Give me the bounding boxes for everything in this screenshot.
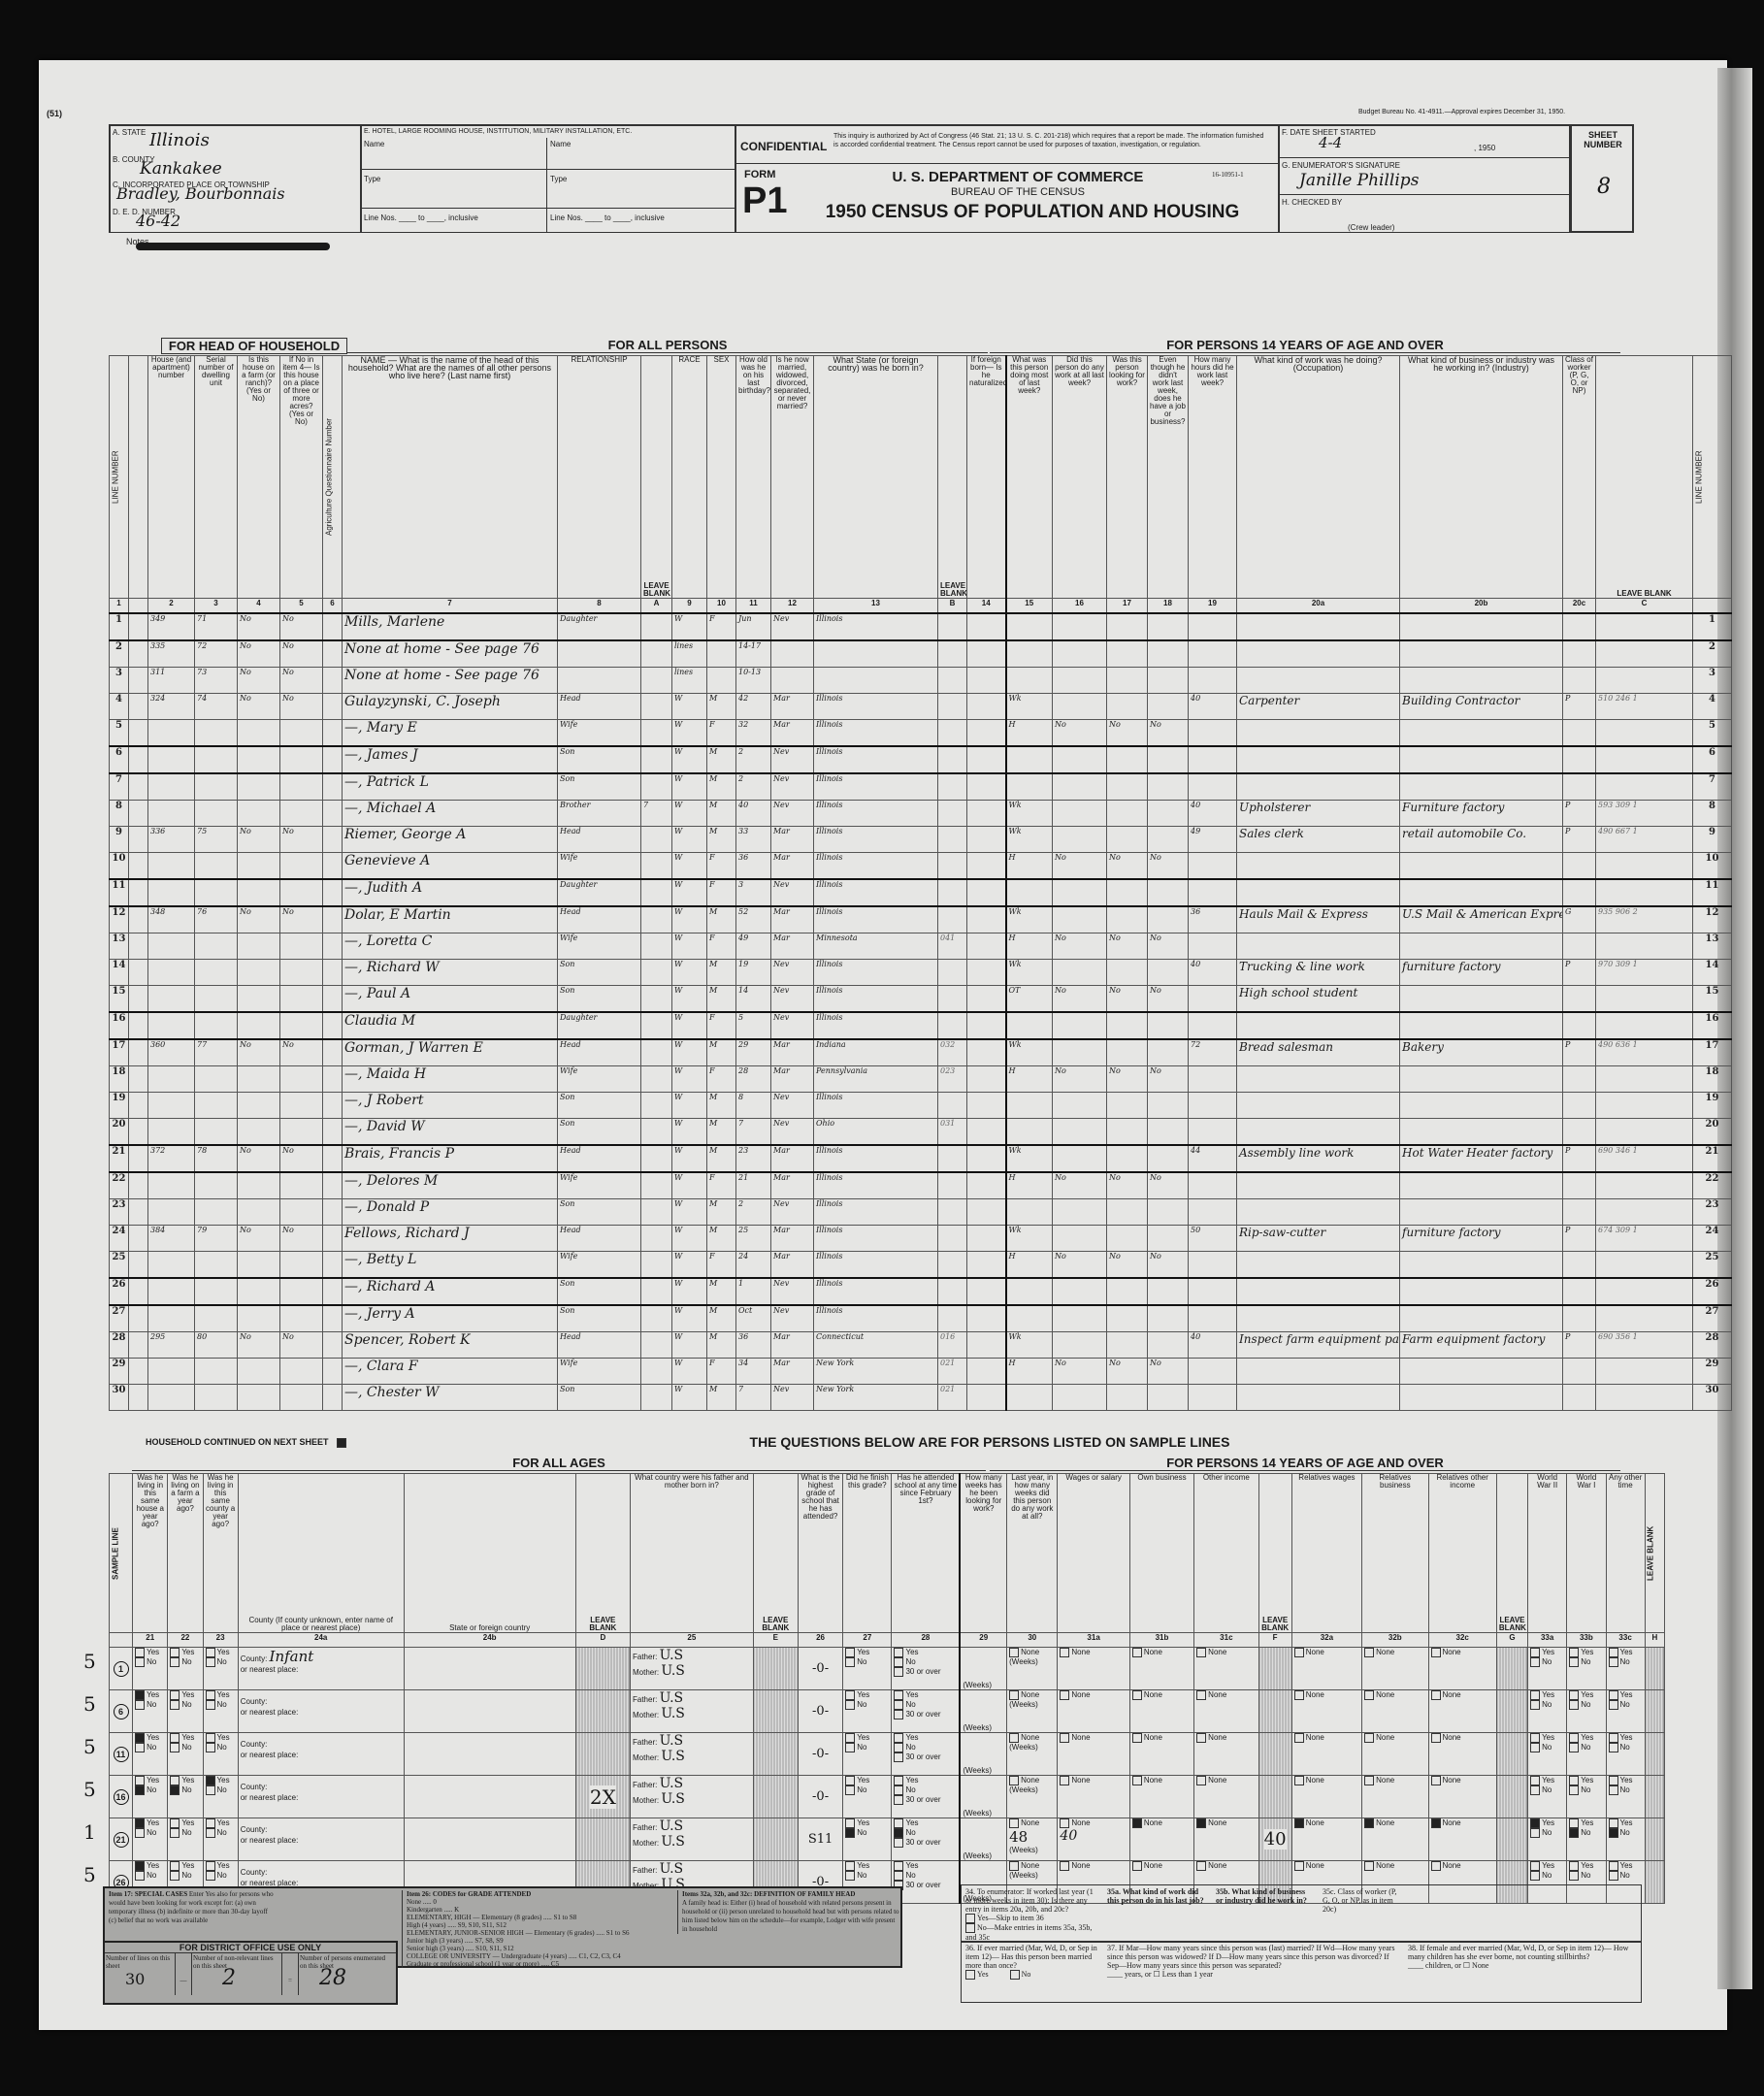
none-checkbox[interactable]: [1132, 1733, 1142, 1743]
no-checkbox[interactable]: [1609, 1785, 1618, 1795]
no-checkbox[interactable]: [845, 1785, 855, 1795]
cell-24a[interactable]: County: Infantor nearest place:: [238, 1648, 404, 1690]
cell-c16: No: [1053, 1359, 1107, 1385]
cell-32b[interactable]: None: [1362, 1776, 1428, 1818]
no-checkbox[interactable]: [206, 1871, 215, 1881]
street-name-cell: [129, 1039, 148, 1066]
yes-checkbox[interactable]: [845, 1733, 855, 1743]
yes-checkbox[interactable]: [845, 1776, 855, 1785]
no-checkbox[interactable]: [1569, 1871, 1579, 1881]
no-checkbox[interactable]: [206, 1828, 215, 1838]
cell-sex: F: [707, 879, 736, 906]
cell-house: 348: [148, 906, 195, 933]
none-checkbox[interactable]: [1431, 1733, 1441, 1743]
yes-checkbox[interactable]: [206, 1818, 215, 1828]
cell-29[interactable]: (Weeks): [960, 1818, 1006, 1861]
col-leave-blank-e: LEAVE BLANK: [753, 1474, 798, 1633]
no-checkbox[interactable]: [206, 1743, 215, 1752]
line-number: 19: [110, 1093, 129, 1119]
school-yes-checkbox[interactable]: [894, 1690, 903, 1700]
cell-cls: [1563, 1278, 1596, 1305]
cell-32b[interactable]: None: [1362, 1818, 1428, 1861]
none-checkbox[interactable]: [1009, 1818, 1019, 1828]
cell-ind: [1400, 613, 1563, 640]
none-checkbox[interactable]: [1132, 1861, 1142, 1871]
cell-24a[interactable]: County: or nearest place:: [238, 1818, 404, 1861]
cell-32a[interactable]: None: [1291, 1690, 1361, 1733]
school-yes-checkbox[interactable]: [894, 1733, 903, 1743]
cell-26[interactable]: -0-: [798, 1648, 842, 1690]
yes-label: Yes: [147, 1690, 159, 1699]
yes-checkbox[interactable]: [170, 1648, 180, 1657]
cell-e: [753, 1733, 798, 1776]
none-checkbox[interactable]: [1060, 1861, 1069, 1871]
yes-label: Yes: [217, 1776, 230, 1785]
school-no-checkbox[interactable]: [894, 1785, 903, 1795]
no-checkbox[interactable]: [135, 1700, 145, 1710]
leave-blank-d-value: 2X: [590, 1785, 616, 1809]
cell-31c[interactable]: None: [1194, 1733, 1258, 1776]
cell-acres: [280, 1385, 323, 1411]
none-checkbox[interactable]: [1364, 1776, 1374, 1785]
school-30-over-checkbox[interactable]: [894, 1752, 903, 1762]
cell-32b[interactable]: None: [1362, 1648, 1428, 1690]
none-checkbox[interactable]: [1009, 1648, 1019, 1657]
cell-marital: Nev: [771, 613, 814, 640]
cell-30[interactable]: None(Weeks): [1007, 1733, 1058, 1776]
sample-column-headers: SAMPLE LINE Was he living in this same h…: [110, 1474, 1665, 1633]
cell-30[interactable]: None(Weeks): [1007, 1690, 1058, 1733]
cell-32c[interactable]: None: [1428, 1648, 1496, 1690]
grade-code-label: Senior high (3 years): [407, 1945, 464, 1952]
cell-age: 5: [736, 1012, 771, 1039]
cell-32a[interactable]: None: [1291, 1776, 1361, 1818]
cell-marital: Mar: [771, 694, 814, 720]
no-checkbox[interactable]: [135, 1871, 145, 1881]
school-30-over-checkbox[interactable]: [894, 1667, 903, 1677]
cell-c16: No: [1053, 853, 1107, 880]
no-checkbox[interactable]: [135, 1828, 145, 1838]
yes-checkbox[interactable]: [1609, 1690, 1618, 1700]
cell-28: YesNo30 or over: [892, 1690, 960, 1733]
sample-colnum: 33c: [1606, 1633, 1645, 1648]
school-30-over-checkbox[interactable]: [894, 1838, 903, 1848]
enumerator-signature: Janille Phillips: [1299, 171, 1419, 190]
cell-30[interactable]: None48(Weeks): [1007, 1818, 1058, 1861]
none-checkbox[interactable]: [1431, 1861, 1441, 1871]
none-checkbox[interactable]: [1364, 1690, 1374, 1700]
none-checkbox[interactable]: [1294, 1648, 1304, 1657]
yes-label: Yes: [1620, 1648, 1633, 1656]
cell-29[interactable]: (Weeks): [960, 1648, 1006, 1690]
school-30-over-checkbox[interactable]: [894, 1710, 903, 1719]
cell-31a[interactable]: None: [1058, 1648, 1129, 1690]
cell-32b[interactable]: None: [1362, 1690, 1428, 1733]
no-checkbox[interactable]: [1609, 1700, 1618, 1710]
none-checkbox[interactable]: [1364, 1733, 1374, 1743]
cell-serial: [195, 1066, 238, 1093]
no-checkbox[interactable]: [170, 1785, 180, 1795]
none-checkbox[interactable]: [1364, 1648, 1374, 1657]
no-checkbox[interactable]: [170, 1700, 180, 1710]
cell-24a[interactable]: County: or nearest place:: [238, 1733, 404, 1776]
q34-no-checkbox[interactable]: [965, 1923, 975, 1933]
cell-32c[interactable]: None: [1428, 1818, 1496, 1861]
cell-occ: High school student: [1237, 986, 1400, 1013]
street-name-cell: [129, 720, 148, 747]
line-number: 2: [110, 640, 129, 668]
yes-checkbox[interactable]: [1569, 1733, 1579, 1743]
school-no-checkbox[interactable]: [894, 1743, 903, 1752]
yes-checkbox[interactable]: [135, 1690, 145, 1700]
none-checkbox[interactable]: [1431, 1818, 1441, 1828]
sample-colnum: E: [753, 1633, 798, 1648]
no-checkbox[interactable]: [206, 1700, 215, 1710]
cell-31a[interactable]: None: [1058, 1733, 1129, 1776]
school-no-checkbox[interactable]: [894, 1657, 903, 1667]
no-checkbox[interactable]: [170, 1828, 180, 1838]
cell-31b[interactable]: None: [1129, 1648, 1193, 1690]
no-checkbox[interactable]: [206, 1657, 215, 1667]
yes-checkbox[interactable]: [1609, 1818, 1618, 1828]
cell-rel: Head: [558, 906, 641, 933]
no-checkbox[interactable]: [1569, 1657, 1579, 1667]
cell-sex: M: [707, 1385, 736, 1411]
line-number: 3: [110, 668, 129, 694]
cell-29[interactable]: (Weeks): [960, 1776, 1006, 1818]
none-checkbox[interactable]: [1196, 1776, 1206, 1785]
cell-24a[interactable]: County: or nearest place:: [238, 1776, 404, 1818]
none-checkbox[interactable]: [1196, 1690, 1206, 1700]
school-yes-checkbox[interactable]: [894, 1818, 903, 1828]
cell-24b[interactable]: [404, 1776, 575, 1818]
cell-32a[interactable]: None: [1291, 1733, 1361, 1776]
none-checkbox[interactable]: [1294, 1733, 1304, 1743]
cell-25[interactable]: Father: U.SMother: U.S: [630, 1776, 753, 1818]
cell-31b[interactable]: None: [1129, 1776, 1193, 1818]
cell-26[interactable]: -0-: [798, 1690, 842, 1733]
no-checkbox[interactable]: [1530, 1828, 1540, 1838]
none-checkbox[interactable]: [1431, 1690, 1441, 1700]
no-checkbox[interactable]: [1530, 1657, 1540, 1667]
cell-house: 384: [148, 1226, 195, 1252]
school-yes-checkbox[interactable]: [894, 1648, 903, 1657]
school-no-checkbox[interactable]: [894, 1828, 903, 1838]
cell-31b[interactable]: None: [1129, 1818, 1193, 1861]
none-checkbox[interactable]: [1009, 1861, 1019, 1871]
sample-line-circle: 21: [114, 1832, 129, 1848]
school-30-over-checkbox[interactable]: [894, 1795, 903, 1805]
cell-31c[interactable]: None: [1194, 1818, 1258, 1861]
no-checkbox[interactable]: [1530, 1700, 1540, 1710]
q37-text: 37. If Mar—How many years since this per…: [1107, 1944, 1394, 1970]
street-name-cell: [129, 1199, 148, 1226]
table-row: 5—, Mary EWifeWF32MarIllinoisHNoNoNo5: [110, 720, 1732, 747]
cell-ind: [1400, 1199, 1563, 1226]
no-checkbox[interactable]: [1609, 1657, 1618, 1667]
none-checkbox[interactable]: [1196, 1648, 1206, 1657]
line-number: 27: [110, 1305, 129, 1332]
q35b: 35b. What kind of business or industry d…: [1216, 1887, 1313, 1905]
yes-checkbox[interactable]: [135, 1648, 145, 1657]
line-number: 18: [110, 1066, 129, 1093]
yes-checkbox[interactable]: [135, 1861, 145, 1871]
line-number: 7: [110, 773, 129, 801]
cell-30[interactable]: None(Weeks): [1007, 1648, 1058, 1690]
yes-checkbox[interactable]: [206, 1733, 215, 1743]
none-checkbox[interactable]: [1294, 1861, 1304, 1871]
cell-31c[interactable]: None: [1194, 1690, 1258, 1733]
yes-checkbox[interactable]: [1569, 1690, 1579, 1700]
none-checkbox[interactable]: [1196, 1818, 1206, 1828]
continued-checkbox[interactable]: [337, 1438, 346, 1448]
cell-c16: No: [1053, 1172, 1107, 1199]
cell-code: [1596, 1385, 1693, 1411]
q34-yes-checkbox[interactable]: [965, 1914, 975, 1923]
cell-31a[interactable]: None: [1058, 1690, 1129, 1733]
none-checkbox[interactable]: [1132, 1818, 1142, 1828]
cell-age: 24: [736, 1252, 771, 1279]
cell-31a[interactable]: None40: [1058, 1818, 1129, 1861]
cell-32c[interactable]: None: [1428, 1733, 1496, 1776]
yes-checkbox[interactable]: [170, 1690, 180, 1700]
yes-checkbox[interactable]: [1569, 1648, 1579, 1657]
cell-ind: [1400, 1172, 1563, 1199]
no-label: No: [181, 1743, 191, 1752]
no-checkbox[interactable]: [1609, 1743, 1618, 1752]
cell-29[interactable]: (Weeks): [960, 1690, 1006, 1733]
cell-24a[interactable]: County: or nearest place:: [238, 1690, 404, 1733]
cell-name: Spencer, Robert K: [343, 1332, 558, 1359]
cell-32b[interactable]: None: [1362, 1733, 1428, 1776]
cell-occ: [1237, 613, 1400, 640]
no-checkbox[interactable]: [845, 1700, 855, 1710]
school-no-checkbox[interactable]: [894, 1700, 903, 1710]
yes-checkbox[interactable]: [170, 1861, 180, 1871]
line-number-right: 2: [1693, 640, 1732, 668]
col-ww1: World War I: [1567, 1474, 1606, 1633]
yes-checkbox[interactable]: [206, 1776, 215, 1785]
no-checkbox[interactable]: [135, 1785, 145, 1795]
cell-25[interactable]: Father: U.SMother: U.S: [630, 1818, 753, 1861]
yes-checkbox[interactable]: [1530, 1733, 1540, 1743]
no-checkbox[interactable]: [1530, 1871, 1540, 1881]
none-label: None: [1306, 1818, 1324, 1827]
cell-c18: [1148, 879, 1189, 906]
no-checkbox[interactable]: [135, 1657, 145, 1667]
yes-checkbox[interactable]: [1609, 1648, 1618, 1657]
cell-h: [1645, 1690, 1664, 1733]
cell-30[interactable]: None(Weeks): [1007, 1776, 1058, 1818]
weeks-worked-value: 48: [1009, 1828, 1055, 1846]
cell-birthplace: Illinois: [814, 801, 938, 827]
cell-25[interactable]: Father: U.SMother: U.S: [630, 1648, 753, 1690]
yes-checkbox[interactable]: [845, 1818, 855, 1828]
cell-26[interactable]: -0-: [798, 1733, 842, 1776]
cell-birthplace: New York: [814, 1385, 938, 1411]
yes-checkbox[interactable]: [170, 1733, 180, 1743]
no-checkbox[interactable]: [1569, 1785, 1579, 1795]
none-checkbox[interactable]: [1132, 1690, 1142, 1700]
no-checkbox[interactable]: [1609, 1871, 1618, 1881]
cell-ind: Farm equipment factory: [1400, 1332, 1563, 1359]
cell-cls: [1563, 1305, 1596, 1332]
no-checkbox[interactable]: [845, 1743, 855, 1752]
cell-name: None at home - See page 76: [343, 668, 558, 694]
school-no-checkbox[interactable]: [894, 1871, 903, 1881]
cell-rel: Son: [558, 1199, 641, 1226]
yes-checkbox[interactable]: [845, 1690, 855, 1700]
cell-24b[interactable]: [404, 1648, 575, 1690]
cell-26[interactable]: S11: [798, 1818, 842, 1861]
q36-no-checkbox[interactable]: [1010, 1970, 1020, 1980]
cell-31b[interactable]: None: [1129, 1690, 1193, 1733]
cell-house: [148, 1385, 195, 1411]
cell-age: 21: [736, 1172, 771, 1199]
cell-32c[interactable]: None: [1428, 1776, 1496, 1818]
cell-farm: [238, 773, 280, 801]
cell-24b[interactable]: [404, 1690, 575, 1733]
cell-farm: [238, 960, 280, 986]
yes-checkbox[interactable]: [1609, 1733, 1618, 1743]
none-checkbox[interactable]: [1060, 1733, 1069, 1743]
cell-c16: No: [1053, 986, 1107, 1013]
yes-checkbox[interactable]: [206, 1690, 215, 1700]
none-checkbox[interactable]: [1294, 1776, 1304, 1785]
cell-25[interactable]: Father: U.SMother: U.S: [630, 1733, 753, 1776]
none-checkbox[interactable]: [1294, 1690, 1304, 1700]
cell-acres: No: [280, 668, 323, 694]
no-label: No: [1542, 1785, 1552, 1794]
q36-yes-checkbox[interactable]: [965, 1970, 975, 1980]
sample-line-badge: 11: [110, 879, 129, 906]
cell-32c[interactable]: None: [1428, 1690, 1496, 1733]
none-checkbox[interactable]: [1364, 1861, 1374, 1871]
yes-checkbox[interactable]: [170, 1776, 180, 1785]
no-checkbox[interactable]: [135, 1743, 145, 1752]
cell-marital: Mar: [771, 853, 814, 880]
no-checkbox[interactable]: [170, 1743, 180, 1752]
cell-c15: [1006, 668, 1053, 694]
no-checkbox[interactable]: [1569, 1743, 1579, 1752]
yes-checkbox[interactable]: [206, 1648, 215, 1657]
grade-value: S11: [808, 1832, 833, 1847]
cell-25[interactable]: Father: U.SMother: U.S: [630, 1690, 753, 1733]
none-checkbox[interactable]: [1294, 1818, 1304, 1828]
yes-checkbox[interactable]: [135, 1733, 145, 1743]
population-rows: 134971NoNoMills, MarleneDaughterWFJunNev…: [110, 613, 1732, 1411]
cell-31c[interactable]: None: [1194, 1648, 1258, 1690]
none-checkbox[interactable]: [1060, 1818, 1069, 1828]
cell-33b: YesNo: [1567, 1648, 1606, 1690]
cell-31a[interactable]: None: [1058, 1776, 1129, 1818]
yes-checkbox[interactable]: [1530, 1861, 1540, 1871]
yes-checkbox[interactable]: [1530, 1818, 1540, 1828]
none-label: None: [1376, 1690, 1394, 1699]
school-yes-checkbox[interactable]: [894, 1776, 903, 1785]
cell-c18: [1148, 1119, 1189, 1146]
no-checkbox[interactable]: [1530, 1785, 1540, 1795]
grade-code-label: Junior high (3 years): [407, 1937, 463, 1945]
q36-yes-label: Yes: [977, 1970, 989, 1979]
none-checkbox[interactable]: [1431, 1648, 1441, 1657]
yes-checkbox[interactable]: [1609, 1776, 1618, 1785]
yes-checkbox[interactable]: [845, 1861, 855, 1871]
none-checkbox[interactable]: [1431, 1776, 1441, 1785]
cell-c14: [967, 1199, 1006, 1226]
no-checkbox[interactable]: [206, 1785, 215, 1795]
cell-31c[interactable]: None: [1194, 1776, 1258, 1818]
grade-code-item: None ..... 0: [407, 1898, 649, 1906]
none-checkbox[interactable]: [1196, 1861, 1206, 1871]
yes-checkbox[interactable]: [170, 1818, 180, 1828]
col-leave-blank-b: LEAVE BLANK: [938, 356, 967, 599]
no-checkbox[interactable]: [1530, 1743, 1540, 1752]
cell-serial: [195, 960, 238, 986]
none-checkbox[interactable]: [1009, 1690, 1019, 1700]
cell-24b[interactable]: [404, 1733, 575, 1776]
cell-31b[interactable]: None: [1129, 1733, 1193, 1776]
cell-birthplace: Illinois: [814, 827, 938, 853]
cell-32a[interactable]: None: [1291, 1648, 1361, 1690]
no-checkbox[interactable]: [1569, 1700, 1579, 1710]
line-number: 4: [110, 694, 129, 720]
yes-checkbox[interactable]: [845, 1648, 855, 1657]
cell-24b[interactable]: [404, 1818, 575, 1861]
yes-checkbox[interactable]: [206, 1861, 215, 1871]
no-checkbox[interactable]: [845, 1828, 855, 1838]
none-checkbox[interactable]: [1060, 1648, 1069, 1657]
none-checkbox[interactable]: [1060, 1776, 1069, 1785]
cell-h: [1645, 1648, 1664, 1690]
yes-checkbox[interactable]: [1530, 1690, 1540, 1700]
cell-29[interactable]: (Weeks): [960, 1733, 1006, 1776]
no-checkbox[interactable]: [170, 1871, 180, 1881]
none-checkbox[interactable]: [1132, 1776, 1142, 1785]
no-label: No: [857, 1743, 866, 1752]
yes-checkbox[interactable]: [1569, 1861, 1579, 1871]
no-checkbox[interactable]: [1609, 1828, 1618, 1838]
school-yes-checkbox[interactable]: [894, 1861, 903, 1871]
yes-checkbox[interactable]: [135, 1818, 145, 1828]
cell-26[interactable]: -0-: [798, 1776, 842, 1818]
cell-32a[interactable]: None: [1291, 1818, 1361, 1861]
none-checkbox[interactable]: [1132, 1648, 1142, 1657]
yes-checkbox[interactable]: [1569, 1818, 1579, 1828]
grade-code-label: ELEMENTARY, HIGH — Elementary (8 grades): [407, 1914, 541, 1921]
yes-checkbox[interactable]: [1569, 1776, 1579, 1785]
no-label: No: [905, 1828, 915, 1837]
none-checkbox[interactable]: [1196, 1733, 1206, 1743]
yes-checkbox[interactable]: [1530, 1776, 1540, 1785]
no-checkbox[interactable]: [845, 1657, 855, 1667]
no-checkbox[interactable]: [845, 1871, 855, 1881]
no-checkbox[interactable]: [170, 1657, 180, 1667]
yes-checkbox[interactable]: [135, 1776, 145, 1785]
no-label: No: [857, 1828, 866, 1837]
yes-checkbox[interactable]: [1530, 1648, 1540, 1657]
cell-27: YesNo: [843, 1648, 892, 1690]
none-checkbox[interactable]: [1009, 1733, 1019, 1743]
agri-cell: [323, 1066, 343, 1093]
section-persons-14-sample: FOR PERSONS 14 YEARS OF AGE AND OVER: [990, 1456, 1620, 1471]
none-checkbox[interactable]: [1009, 1776, 1019, 1785]
none-checkbox[interactable]: [1060, 1690, 1069, 1700]
no-checkbox[interactable]: [1569, 1828, 1579, 1838]
none-checkbox[interactable]: [1364, 1818, 1374, 1828]
cell-birthplace: Illinois: [814, 1093, 938, 1119]
yes-checkbox[interactable]: [1609, 1861, 1618, 1871]
